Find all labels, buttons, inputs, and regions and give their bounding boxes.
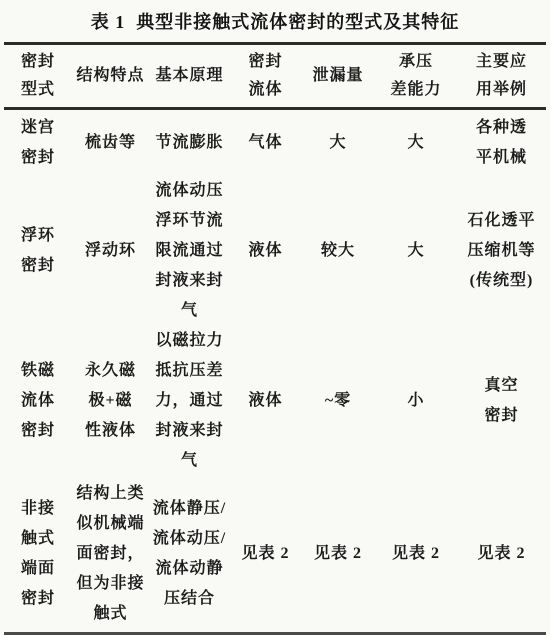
table-cell: 梳齿等 [72,110,149,176]
cell-line: 但为非接 [76,569,144,599]
table-row: 铁磁流体密封永久磁极+磁性液体以磁拉力抵抗压差力，通过封液来封气液体~零小真空密… [4,326,546,476]
table-row: 迷宫密封梳齿等节流膨胀气体大大各种透平机械 [4,110,546,176]
cell-line: 结构特点 [76,62,144,90]
table-title: 表 1 典型非接触式流体密封的型式及其特征 [0,0,550,34]
cell-line: 小 [407,386,424,416]
header-cell: 密封型式 [4,45,72,107]
header-cell: 结构特点 [72,45,149,107]
cell-line: 压结合 [164,584,215,614]
table-cell: 见表 2 [230,476,301,632]
cell-line: 密封 [21,584,55,614]
table-cell: 大 [301,110,375,176]
table-cell: 浮动环 [72,176,149,326]
table-cell: 浮环密封 [4,176,72,326]
cell-line: 触式 [93,599,127,629]
cell-line: 浮动环 [85,236,136,266]
table-cell: 永久磁极+磁性液体 [72,326,149,476]
header-cell: 主要应用举例 [457,45,546,107]
cell-line: 承压 [399,48,433,76]
cell-line: 石化透平 [467,206,535,236]
cell-line: 见表 2 [477,539,525,569]
header-cell: 密封流体 [230,45,301,107]
cell-line: 性液体 [85,416,136,446]
table-cell: 气体 [230,110,301,176]
table-cell: 铁磁流体密封 [4,326,72,476]
cell-line: 流体动压 [155,176,223,206]
table-cell: 小 [375,326,457,476]
cell-line: 较大 [321,236,355,266]
table-body: 迷宫密封梳齿等节流膨胀气体大大各种透平机械浮环密封浮动环流体动压浮环节流限流通过… [4,110,546,632]
cell-line: 见表 2 [314,539,362,569]
table-cell: 大 [375,110,457,176]
cell-line: 见表 2 [392,539,440,569]
table-cell: 流体静压/流体动压/流体动静压结合 [149,476,230,632]
header-cell: 泄漏量 [301,45,375,107]
cell-line: 型式 [21,76,55,104]
cell-line: 铁磁 [21,356,55,386]
cell-line: 各种透 [476,113,527,143]
table-cell: 液体 [230,176,301,326]
cell-line: 差能力 [390,76,441,104]
cell-line: 力，通过 [155,386,223,416]
cell-line: 面密封， [76,539,144,569]
cell-line: 流体 [21,386,55,416]
cell-line: 液体 [248,236,282,266]
cell-line: 节流膨胀 [155,128,223,158]
table-cell: ~零 [301,326,375,476]
table-cell: 见表 2 [457,476,546,632]
cell-line: 限流通过 [155,236,223,266]
cell-line: 封液来封 [155,416,223,446]
cell-line: 抵抗压差 [155,356,223,386]
cell-line: 极+磁 [88,386,132,416]
table-row: 浮环密封浮动环流体动压浮环节流限流通过封液来封气液体较大大石化透平压缩机等(传统… [4,176,546,326]
cell-line: 流体 [248,76,282,104]
cell-line: 泄漏量 [312,62,363,90]
table-cell: 各种透平机械 [457,110,546,176]
cell-line: 主要应 [476,48,527,76]
cell-line: 密封 [21,48,55,76]
cell-line: 密封 [21,251,55,281]
cell-line: 液体 [248,386,282,416]
cell-line: 非接 [21,494,55,524]
cell-line: 封液来封 [155,266,223,296]
data-table: 密封型式结构特点基本原理密封流体泄漏量承压差能力主要应用举例 迷宫密封梳齿等节流… [4,42,546,635]
cell-line: 迷宫 [21,113,55,143]
cell-line: 压缩机等 [467,236,535,266]
cell-line: 以磁拉力 [155,326,223,356]
table-cell: 真空密封 [457,326,546,476]
cell-line: 密封 [484,401,518,431]
cell-line: 基本原理 [155,62,223,90]
header-cell: 承压差能力 [375,45,457,107]
cell-line: 密封 [21,416,55,446]
cell-line: 浮环节流 [155,206,223,236]
cell-line: 端面 [21,554,55,584]
table-cell: 迷宫密封 [4,110,72,176]
table-cell: 液体 [230,326,301,476]
cell-line: 流体静压/ [153,494,226,524]
cell-line: 见表 2 [241,539,289,569]
cell-line: 浮环 [21,221,55,251]
table-cell: 见表 2 [375,476,457,632]
table-cell: 大 [375,176,457,326]
cell-line: 平机械 [476,143,527,173]
cell-line: 密封 [248,48,282,76]
cell-line: 似机械端 [76,509,144,539]
cell-line: 大 [407,236,424,266]
cell-line: 气体 [248,128,282,158]
table-row: 非接触式端面密封结构上类似机械端面密封，但为非接触式流体静压/流体动压/流体动静… [4,476,546,632]
cell-line: 密封 [21,143,55,173]
cell-line: 大 [407,128,424,158]
document-page: 表 1 典型非接触式流体密封的型式及其特征 密封型式结构特点基本原理密封流体泄漏… [0,0,550,635]
cell-line: 气 [181,446,198,476]
cell-line: 梳齿等 [85,128,136,158]
table-cell: 较大 [301,176,375,326]
cell-line: 结构上类 [76,479,144,509]
table-cell: 见表 2 [301,476,375,632]
cell-line: 流体动压/ [153,524,226,554]
cell-line: 触式 [21,524,55,554]
table-cell: 非接触式端面密封 [4,476,72,632]
table-cell: 流体动压浮环节流限流通过封液来封气 [149,176,230,326]
cell-line: 真空 [484,371,518,401]
table-header-row: 密封型式结构特点基本原理密封流体泄漏量承压差能力主要应用举例 [4,45,546,110]
cell-line: 气 [181,296,198,326]
cell-line: 流体动静 [155,554,223,584]
cell-line: 大 [329,128,346,158]
table-cell: 石化透平压缩机等(传统型) [457,176,546,326]
cell-line: ~零 [325,386,351,416]
cell-line: 永久磁 [85,356,136,386]
header-cell: 基本原理 [149,45,230,107]
table-cell: 以磁拉力抵抗压差力，通过封液来封气 [149,326,230,476]
cell-line: (传统型) [470,266,534,296]
table-cell: 结构上类似机械端面密封，但为非接触式 [72,476,149,632]
cell-line: 用举例 [476,76,527,104]
table-cell: 节流膨胀 [149,110,230,176]
